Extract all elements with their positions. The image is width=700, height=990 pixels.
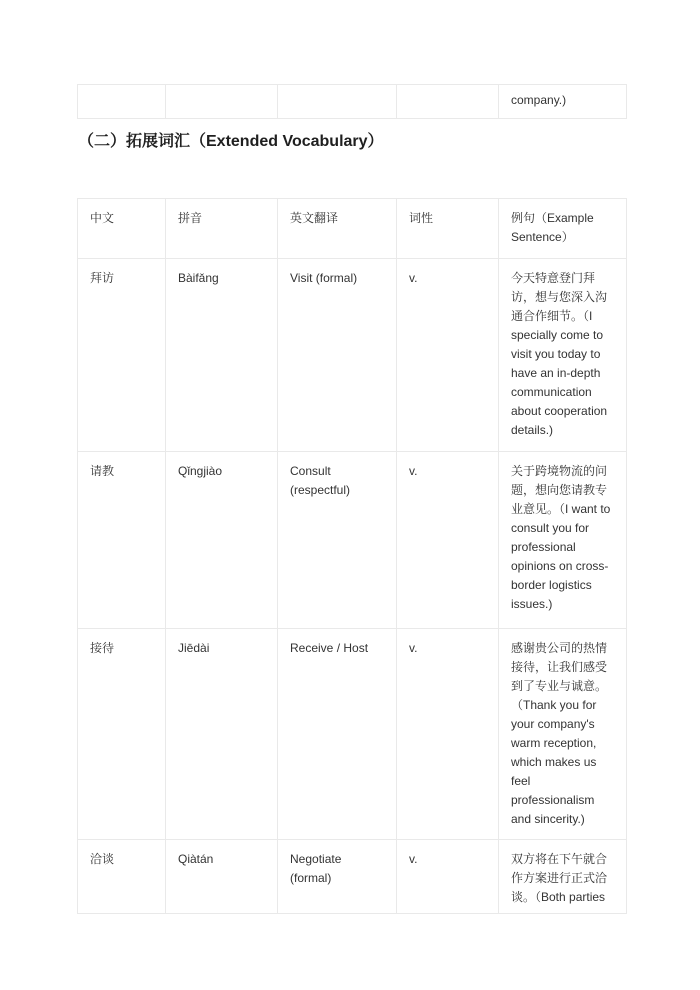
cell-example: company.) xyxy=(499,85,627,119)
cell-pos: v. xyxy=(397,629,499,840)
header-cell-pos: 词性 xyxy=(397,199,499,259)
cell-english: Consult (respectful) xyxy=(278,452,397,629)
table-row: 拜访 Bàifǎng Visit (formal) v. 今天特意登门拜访，想与… xyxy=(78,259,627,452)
cell-chinese: 洽谈 xyxy=(78,840,166,914)
cell-pinyin: Jiēdài xyxy=(166,629,278,840)
cell-pinyin xyxy=(166,85,278,119)
cell-english: Negotiate (formal) xyxy=(278,840,397,914)
cell-pos: v. xyxy=(397,452,499,629)
cell-english xyxy=(278,85,397,119)
header-cell-chinese: 中文 xyxy=(78,199,166,259)
cell-pinyin: Bàifǎng xyxy=(166,259,278,452)
cell-pos xyxy=(397,85,499,119)
cell-example: 关于跨境物流的问题，想向您请教专业意见。（I want to consult y… xyxy=(499,452,627,629)
cell-chinese: 拜访 xyxy=(78,259,166,452)
cell-chinese: 接待 xyxy=(78,629,166,840)
table-header-row: 中文 拼音 英文翻译 词性 例句（Example Sentence） xyxy=(78,199,627,259)
header-cell-english: 英文翻译 xyxy=(278,199,397,259)
table-row: 请教 Qǐngjiào Consult (respectful) v. 关于跨境… xyxy=(78,452,627,629)
cell-chinese xyxy=(78,85,166,119)
header-cell-example: 例句（Example Sentence） xyxy=(499,199,627,259)
table-row-clipped-by-page-break: 洽谈 Qiàtán Negotiate (formal) v. 双方将在下午就合… xyxy=(78,840,627,914)
header-cell-pinyin: 拼音 xyxy=(166,199,278,259)
cell-pos: v. xyxy=(397,840,499,914)
document-page: company.) （二）拓展词汇（Extended Vocabulary） 中… xyxy=(0,0,700,990)
cell-pinyin: Qǐngjiào xyxy=(166,452,278,629)
cell-example: 今天特意登门拜访，想与您深入沟通合作细节。（I specially come t… xyxy=(499,259,627,452)
cell-example: 双方将在下午就合作方案进行正式洽谈。（Both parties xyxy=(499,840,627,914)
cell-english: Receive / Host xyxy=(278,629,397,840)
cell-chinese: 请教 xyxy=(78,452,166,629)
table-row: 接待 Jiēdài Receive / Host v. 感谢贵公司的热情接待，让… xyxy=(78,629,627,840)
cell-example: 感谢贵公司的热情接待，让我们感受到了专业与诚意。（Thank you for y… xyxy=(499,629,627,840)
cell-pos: v. xyxy=(397,259,499,452)
vocabulary-table: 中文 拼音 英文翻译 词性 例句（Example Sentence） 拜访 Bà… xyxy=(77,198,627,914)
table-row: company.) xyxy=(78,85,627,119)
section-heading: （二）拓展词汇（Extended Vocabulary） xyxy=(78,131,384,153)
cell-pinyin: Qiàtán xyxy=(166,840,278,914)
cell-english: Visit (formal) xyxy=(278,259,397,452)
continued-table-fragment: company.) xyxy=(77,84,627,119)
